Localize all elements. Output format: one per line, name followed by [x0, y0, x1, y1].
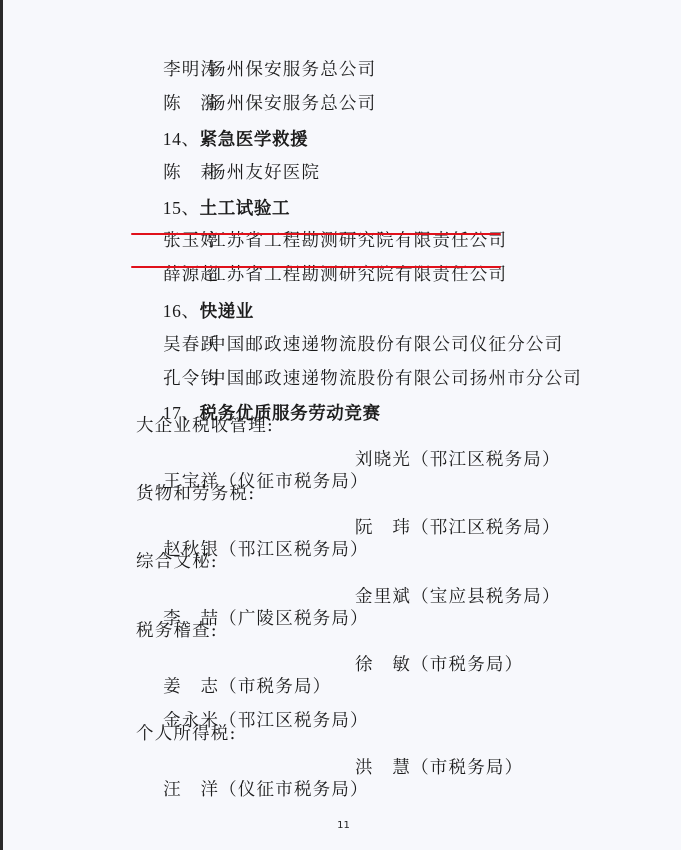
category-label: 个人所得税: — [136, 723, 237, 745]
person-right: 徐 敏（市税务局） — [355, 654, 523, 676]
page-number: 11 — [3, 820, 681, 831]
category-label: 大企业税收管理: — [136, 415, 274, 437]
list-item-pair: 汪 洋（仪征市税务局）洪 慧（市税务局） — [136, 757, 369, 823]
person-org: 中国邮政速递物流股份有限公司仪征分公司 — [208, 334, 563, 356]
person-right: 金里斌（宝应县税务局） — [355, 586, 561, 608]
category-label: 综合文秘: — [136, 551, 218, 573]
list-item-pair: 李 喆（广陵区税务局）金里斌（宝应县税务局） — [136, 586, 369, 652]
person-right: 刘晓光（邗江区税务局） — [355, 449, 561, 471]
person-right: 阮 玮（邗江区税务局） — [355, 517, 561, 539]
list-item-pair: 赵秋银（邗江区税务局）阮 玮（邗江区税务局） — [136, 517, 369, 583]
category-label: 货物和劳务税: — [136, 483, 255, 505]
document-page: 李明涛扬州保安服务总公司 陈 漪扬州保安服务总公司 14、紧急医学救援 陈 莉扬… — [0, 0, 681, 850]
red-underline-annotation — [131, 233, 501, 235]
red-underline-annotation — [131, 266, 501, 268]
person-right: 洪 慧（市税务局） — [355, 757, 523, 779]
list-item-pair: 王宝祥（仪征市税务局）刘晓光（邗江区税务局） — [136, 449, 369, 515]
category-label: 税务稽查: — [136, 620, 218, 642]
person-org: 扬州保安服务总公司 — [208, 59, 376, 81]
person-left: 汪 洋（仪征市税务局） — [163, 780, 369, 800]
